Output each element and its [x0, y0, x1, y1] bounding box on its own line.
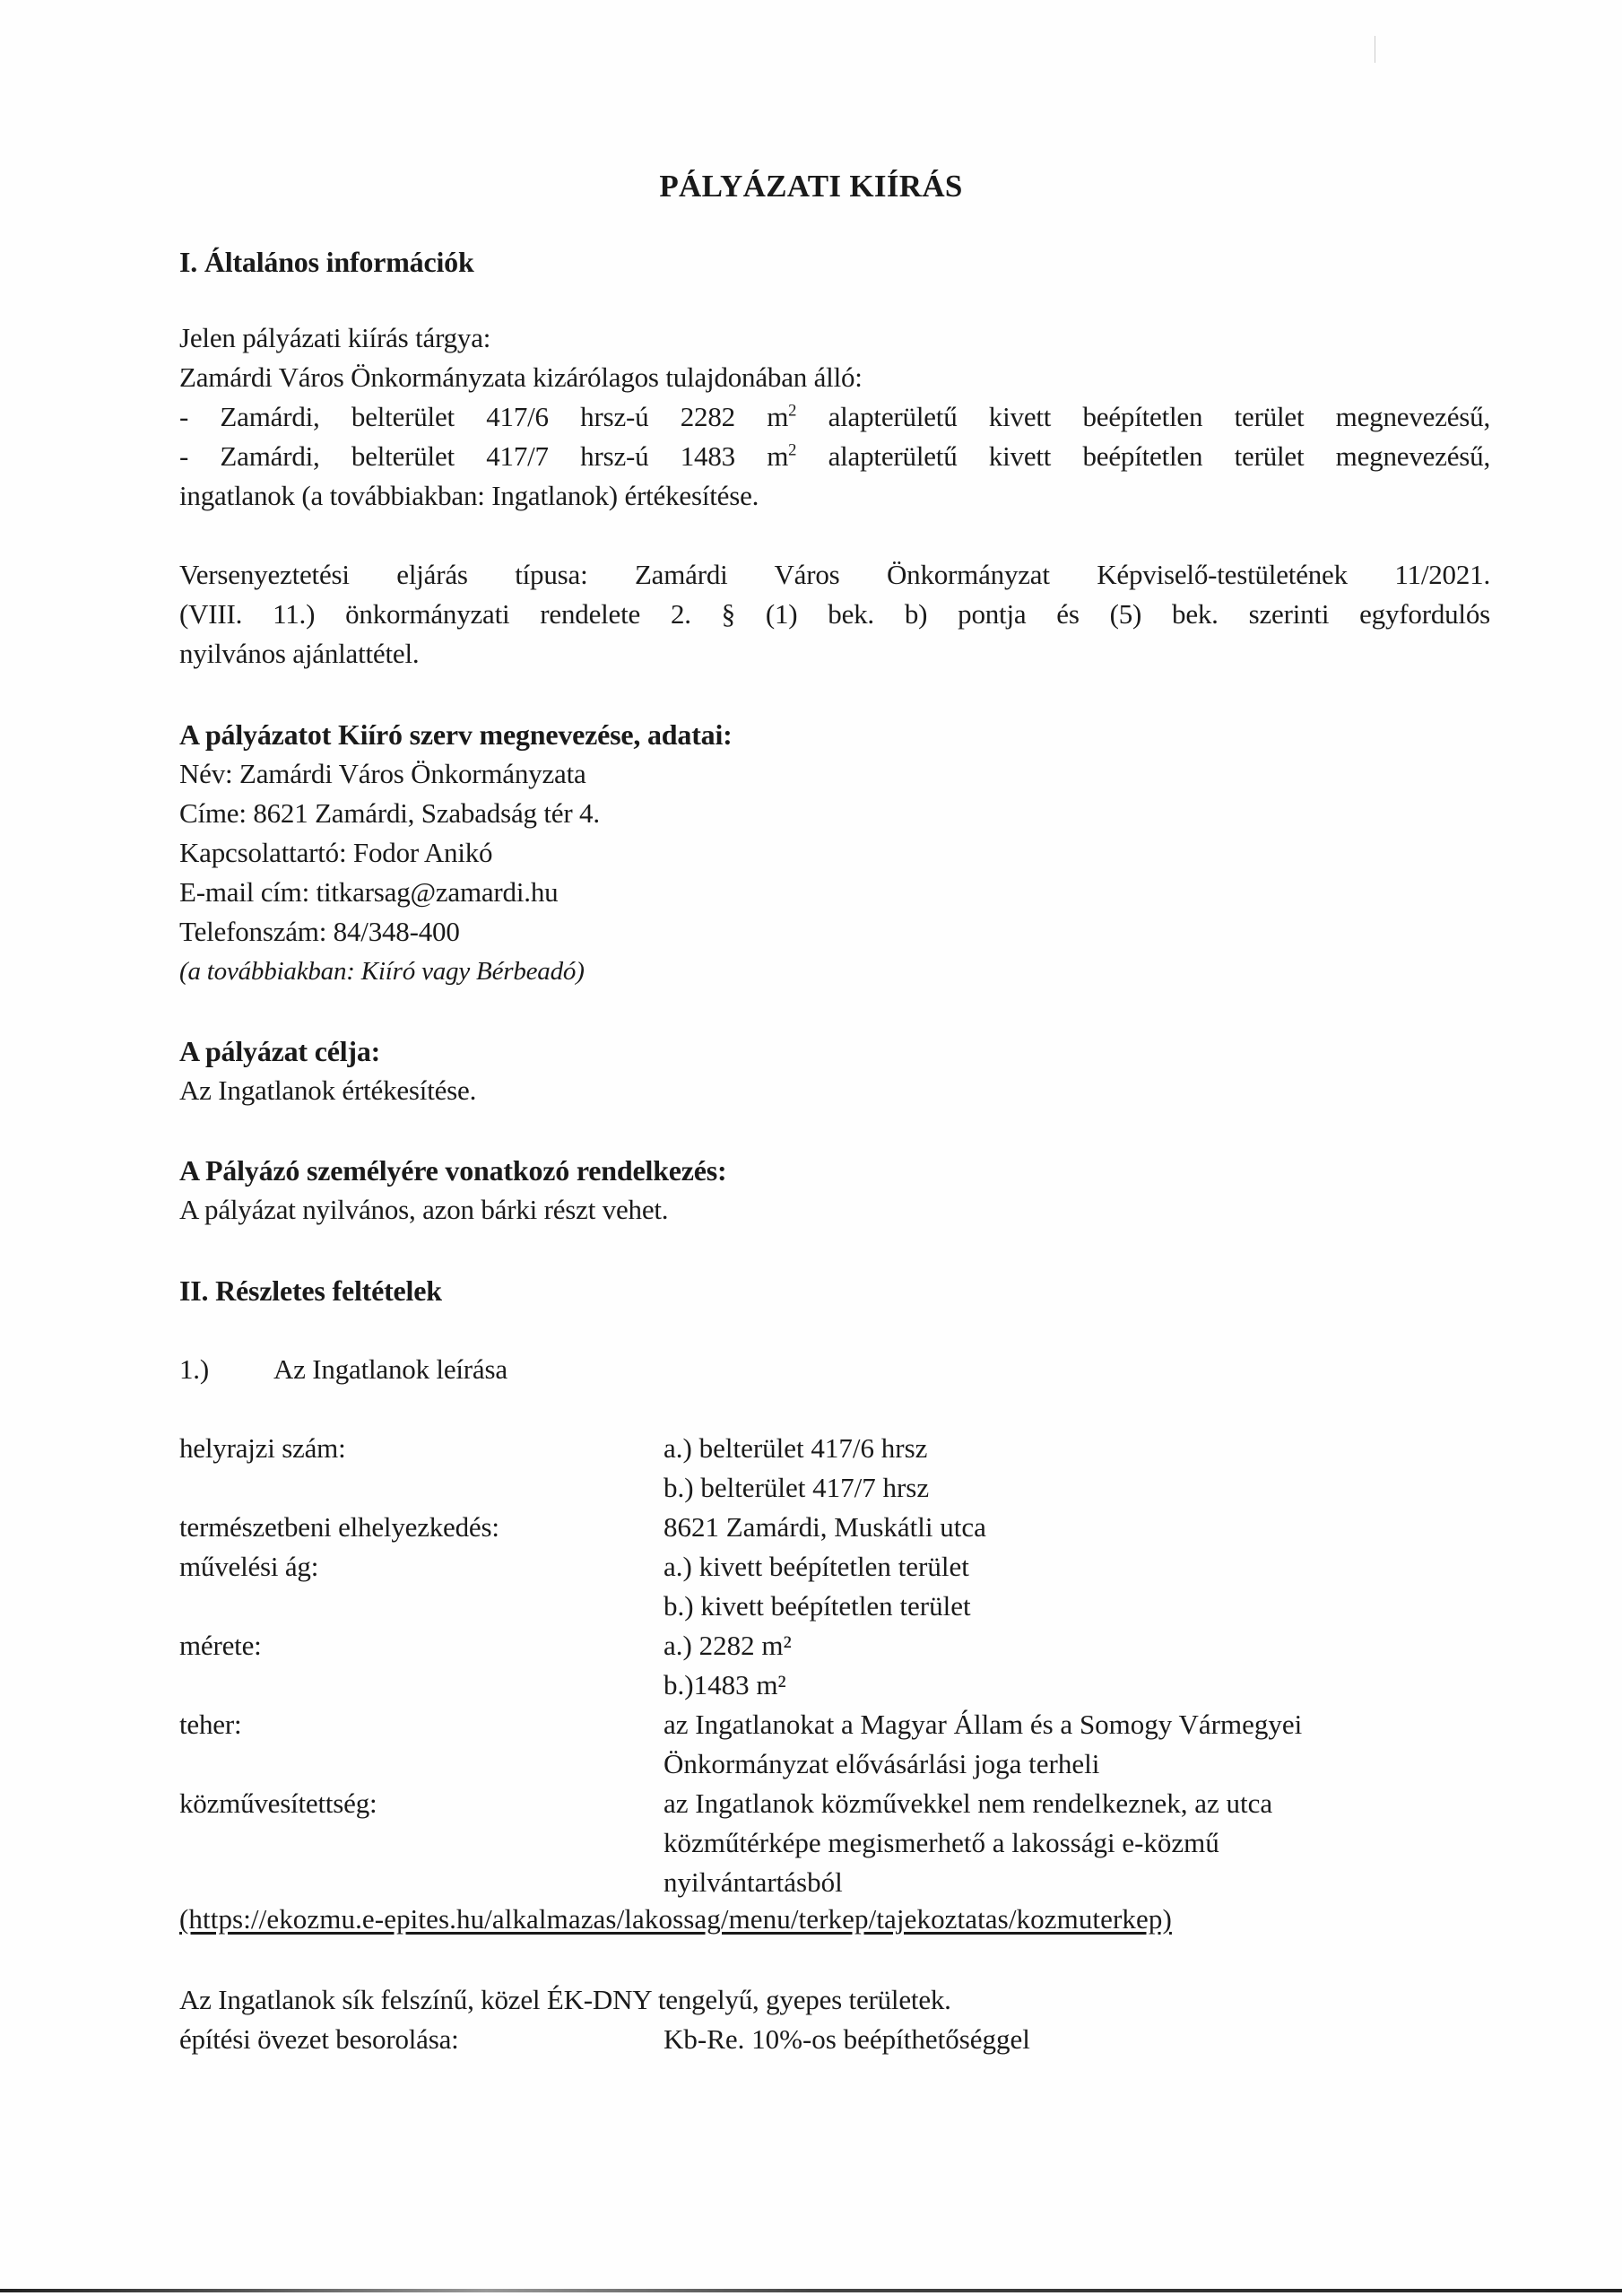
property-item-2: - Zamárdi, belterület 417/7 hrsz-ú 1483 … — [179, 439, 1490, 474]
superscript: 2 — [788, 402, 796, 421]
scanned-page: PÁLYÁZATI KIÍRÁS I. Általános információ… — [0, 0, 1622, 2296]
table-row-value: az Ingatlanokat a Magyar Állam és a Somo… — [664, 1707, 1302, 1743]
section-2-heading: II. Részletes feltételek — [179, 1273, 442, 1309]
section-1-heading: I. Általános információk — [179, 244, 474, 280]
table-row-label: művelési ág: — [179, 1549, 318, 1585]
table-row-label: mérete: — [179, 1628, 262, 1664]
item1-post: alapterületű kivett beépítetlen terület … — [796, 401, 1490, 432]
table-row-label: helyrajzi szám: — [179, 1431, 346, 1466]
issuer-email: E-mail cím: titkarsag@zamardi.hu — [179, 874, 558, 910]
item1-pre: - Zamárdi, belterület 417/6 hrsz-ú 2282 … — [179, 401, 788, 432]
issuer-name: Név: Zamárdi Város Önkormányzata — [179, 756, 586, 792]
issuer-contact: Kapcsolattartó: Fodor Anikó — [179, 835, 492, 871]
applicant-heading: A Pályázó személyére vonatkozó rendelkez… — [179, 1152, 727, 1188]
surface-text: Az Ingatlanok sík felszínű, közel ÉK-DNY… — [179, 1982, 951, 2018]
item-title: Az Ingatlanok leírása — [273, 1352, 507, 1387]
table-row-value: nyilvántartásból — [664, 1865, 843, 1900]
issuer-heading: A pályázatot Kiíró szerv megnevezése, ad… — [179, 717, 733, 752]
table-row-value: b.) belterület 417/7 hrsz — [664, 1470, 929, 1506]
procedure-line-3: nyilvános ajánlattétel. — [179, 636, 419, 672]
table-row-value: közműtérképe megismerhető a lakossági e-… — [664, 1825, 1219, 1861]
issuer-note: (a továbbiakban: Kiíró vagy Bérbeadó) — [179, 953, 585, 989]
purpose-text: Az Ingatlanok értékesítése. — [179, 1073, 476, 1109]
table-row-value: az Ingatlanok közművekkel nem rendelkezn… — [664, 1786, 1272, 1822]
table-row-value: b.) kivett beépítetlen terület — [664, 1588, 971, 1624]
procedure-line-2: (VIII. 11.) önkormányzati rendelete 2. §… — [179, 596, 1490, 632]
issuer-address: Címe: 8621 Zamárdi, Szabadság tér 4. — [179, 796, 600, 831]
owner-line: Zamárdi Város Önkormányzata kizárólagos … — [179, 360, 863, 396]
issuer-phone: Telefonszám: 84/348-400 — [179, 914, 460, 950]
table-row-label: teher: — [179, 1707, 241, 1743]
table-row-label: természetbeni elhelyezkedés: — [179, 1509, 499, 1545]
zoning-label: építési övezet besorolása: — [179, 2022, 459, 2057]
table-row-value: a.) kivett beépítetlen terület — [664, 1549, 969, 1585]
table-row-value: a.) 2282 m² — [664, 1628, 792, 1664]
ekozmu-link[interactable]: (https://ekozmu.e-epites.hu/alkalmazas/l… — [179, 1901, 1172, 1937]
scan-artifact — [1375, 36, 1375, 63]
purpose-heading: A pályázat célja: — [179, 1033, 380, 1069]
table-row-value: Önkormányzat elővásárlási joga terheli — [664, 1746, 1099, 1782]
table-row-value: 8621 Zamárdi, Muskátli utca — [664, 1509, 986, 1545]
document-title: PÁLYÁZATI KIÍRÁS — [0, 169, 1622, 204]
subject-intro: Jelen pályázati kiírás tárgya: — [179, 320, 490, 356]
table-row-value: b.)1483 m² — [664, 1667, 786, 1703]
scan-edge-line — [0, 2289, 1622, 2292]
item2-pre: - Zamárdi, belterület 417/7 hrsz-ú 1483 … — [179, 440, 788, 472]
procedure-line-1: Versenyeztetési eljárás típusa: Zamárdi … — [179, 557, 1490, 593]
table-row-value: a.) belterület 417/6 hrsz — [664, 1431, 927, 1466]
superscript: 2 — [788, 441, 796, 460]
item-1: 1.) — [179, 1352, 209, 1387]
zoning-value: Kb-Re. 10%-os beépíthetőséggel — [664, 2022, 1030, 2057]
subject-end: ingatlanok (a továbbiakban: Ingatlanok) … — [179, 478, 759, 514]
table-row-label: közművesítettség: — [179, 1786, 377, 1822]
applicant-text: A pályázat nyilvános, azon bárki részt v… — [179, 1192, 668, 1228]
property-item-1: - Zamárdi, belterület 417/6 hrsz-ú 2282 … — [179, 399, 1490, 435]
item-number: 1.) — [179, 1353, 209, 1385]
item2-post: alapterületű kivett beépítetlen terület … — [796, 440, 1490, 472]
